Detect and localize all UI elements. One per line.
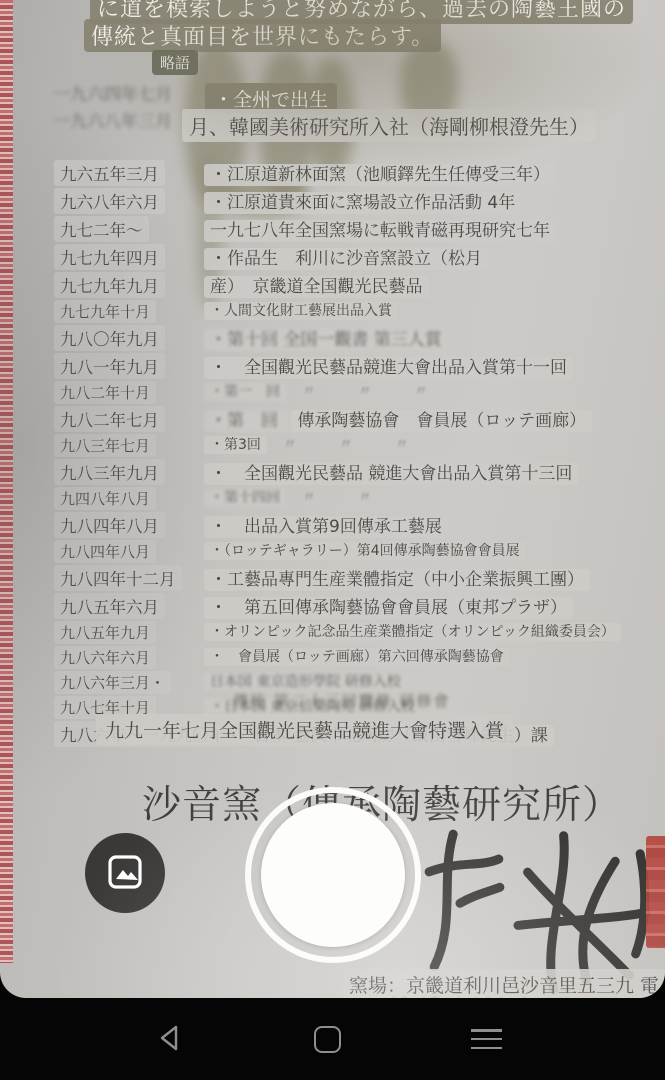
ditto-marks: 〃 〃 〃 (288, 384, 428, 400)
timeline-row: 九七九年九月産） 京畿道全国觀光民藝品 (54, 272, 662, 298)
original-blurred-dates: 一九六四年七月 一九六八年三月 (53, 82, 172, 136)
timeline-description: ・ 全国觀光民藝品 競進大會出品入賞第十三回 (204, 459, 580, 484)
timeline-date: 九六五年三月 (54, 160, 165, 186)
timeline-date: 九八四年八月 (54, 512, 165, 538)
abbreviation-badge: 略語 (152, 50, 198, 75)
timeline-date-cell: 九八六年三月・ (54, 671, 204, 694)
timeline-description: 産） 京畿道全国觀光民藝品 (204, 272, 431, 297)
back-button[interactable] (135, 998, 205, 1080)
timeline-description: ・ 全国觀光民藝品競進大會出品入賞第十一回 (204, 353, 575, 378)
timeline-date-cell: 九八四年八月 (54, 512, 204, 538)
timeline-date: 九八一年九月 (54, 353, 165, 379)
timeline-date-cell: 九六八年六月 (54, 188, 204, 214)
translated-text: ・第3回 (204, 436, 267, 454)
timeline-date: 九七九年九月 (54, 272, 165, 298)
timeline-date: 九八六年三月・ (54, 671, 171, 694)
translated-text: ・ 全国觀光民藝品競進大會出品入賞第十一回 (204, 357, 573, 379)
recents-button[interactable] (451, 998, 521, 1080)
home-button[interactable] (292, 998, 362, 1080)
timeline-description: ・ 出品入賞第9回傳承工藝展 (204, 512, 450, 537)
translated-text: ・ 全国觀光民藝品 競進大會出品入賞第十三回 (204, 463, 578, 485)
timeline-date-cell: 九八一年九月 (54, 353, 204, 379)
timeline-date: 九八二年七月 (54, 406, 165, 432)
blurred-original-text: 日本国 東京造形學院 研修入校 (204, 673, 407, 691)
timeline-row: 九八六年六月・ 會員展（ロッテ画廊）第六回傳承陶藝協會 (54, 646, 662, 669)
timeline-date-cell: 九八二年七月 (54, 406, 204, 432)
blurred-original-text: ・第十四回 (204, 489, 286, 507)
timeline-date-cell: 九六五年三月 (54, 160, 204, 186)
translated-text: ・オリンピック記念品生産業體指定（オリンピック組織委員会） (204, 623, 621, 641)
document-border-pattern (0, 0, 13, 963)
blurred-original-text: ・第 回 (204, 410, 289, 432)
timeline-row: 九八一年九月・ 全国觀光民藝品競進大會出品入賞第十一回 (54, 353, 662, 379)
timeline-date-cell: 九八二年十月 (54, 381, 204, 404)
timeline-row: 九八四年十二月・工藝品專門生産業體指定（中小企業振興工團） (54, 565, 662, 591)
timeline-row: 九七九年十月・人間文化財工藝展出品入賞 (54, 300, 662, 323)
timeline-date-cell: 九八四年十二月 (54, 565, 204, 591)
timeline-description: ・工藝品專門生産業體指定（中小企業振興工團） (204, 565, 592, 590)
timeline-date-cell: 九八〇年九月 (54, 325, 204, 351)
timeline-description: ・ 會員展（ロッテ画廊）第六回傳承陶藝協會 (204, 646, 512, 666)
translated-text: ・江原道貴來面に窯場設立作品活動 4年 (204, 192, 521, 214)
blurred-original-text: ・第十回 全国一觀書 第三人賞 (204, 329, 448, 351)
shutter-button[interactable] (261, 803, 405, 947)
timeline-row: 九八五年九月・オリンピック記念品生産業體指定（オリンピック組織委員会） (54, 621, 662, 644)
timeline-date: 九八三年九月 (54, 459, 165, 485)
translated-text: ・（ロッテギャラリー）第4回傳承陶藝協會會員展 (204, 542, 526, 560)
translated-text: ・江原道新林面窯（池順鐸先生任傳受三年） (204, 164, 556, 186)
translated-line: 傳統と真面目を世界にもたらす。 (84, 19, 441, 52)
ditto-marks: 〃 〃 〃 (269, 437, 409, 453)
timeline-date: 九八六年六月 (54, 646, 156, 669)
red-seal-stamp (646, 836, 665, 948)
translated-text: ・ 會員展（ロッテ画廊）第六回傳承陶藝協會 (204, 648, 510, 666)
timeline-description: ・（ロッテギャラリー）第4回傳承陶藝協會會員展 (204, 540, 528, 560)
phone-screen: に道を模索しようと努めながら、過去の陶藝王國の 傳統と真面目を世界にもたらす。 … (0, 0, 665, 1080)
timeline-description: ・第十四回〃 〃 (204, 487, 372, 507)
timeline-row: 九八二年七月・第 回 傳承陶藝協會 會員展（ロッテ画廊） (54, 406, 662, 432)
timeline-date-cell: 九四八年八月 (54, 487, 204, 510)
timeline-description: ・江原道新林面窯（池順鐸先生任傳受三年） (204, 160, 558, 185)
back-triangle-icon (155, 1023, 185, 1056)
timeline-date: 九七九年十月 (54, 300, 156, 323)
recents-menu-icon (471, 1029, 502, 1049)
home-square-icon (314, 1026, 341, 1053)
timeline-date-cell: 九八五年九月 (54, 621, 204, 644)
timeline-row: 九四八年八月・第十四回〃 〃 (54, 487, 662, 510)
timeline-row: 九八〇年九月・第十回 全国一觀書 第三人賞 (54, 325, 662, 351)
translated-text: ・工藝品專門生産業體指定（中小企業振興工團） (204, 569, 590, 591)
gallery-button[interactable] (85, 833, 165, 913)
timeline-date-cell: 九七九年十月 (54, 300, 204, 323)
translated-line: 月、韓國美術研究所入社（海剛柳根澄先生） (182, 109, 596, 142)
translated-text: ・ 出品入賞第9回傳承工藝展 (204, 516, 448, 538)
timeline-description: 日本国 東京造形學院 研修入校 (204, 671, 409, 691)
timeline-date: 九八五年九月 (54, 621, 156, 644)
timeline-row: 九七二年～一九七八年全国窯場に転戦青磁再現研究七年 (54, 216, 662, 242)
original-blurred-line: 傳統 第二十三回覽修 研修會 (233, 690, 451, 711)
timeline-description: ・江原道貴來面に窯場設立作品活動 4年 (204, 188, 523, 213)
timeline-description: ・第 回 傳承陶藝協會 會員展（ロッテ画廊） (204, 406, 594, 431)
translated-text: ・作品生 利川に沙音窯設立（松月 (204, 248, 488, 270)
timeline-date: 九七二年～ (54, 216, 149, 242)
timeline-date-cell: 九七九年四月 (54, 244, 204, 270)
translated-text: 傳承陶藝協會 會員展（ロッテ画廊） (291, 410, 592, 432)
timeline-description: ・第十回 全国一觀書 第三人賞 (204, 325, 450, 350)
timeline-date: 九八五年六月 (54, 593, 165, 619)
timeline-date-cell: 九七九年九月 (54, 272, 204, 298)
translated-text: ・人間文化財工藝展出品入賞 (204, 302, 398, 320)
timeline-row: 九六八年六月・江原道貴來面に窯場設立作品活動 4年 (54, 188, 662, 214)
timeline-date-cell: 九八三年九月 (54, 459, 204, 485)
timeline-list: 九六五年三月・江原道新林面窯（池順鐸先生任傳受三年）九六八年六月・江原道貴來面に… (54, 160, 662, 749)
timeline-row: 九七九年四月・作品生 利川に沙音窯設立（松月 (54, 244, 662, 270)
timeline-description: ・人間文化財工藝展出品入賞 (204, 300, 400, 320)
timeline-row: 九八三年七月・第3回〃 〃 〃 (54, 434, 662, 457)
android-navbar (0, 998, 665, 1080)
timeline-date: 九八四年八月 (54, 540, 156, 563)
timeline-date: 九八二年十月 (54, 381, 156, 404)
timeline-row: 九八四年八月・ 出品入賞第9回傳承工藝展 (54, 512, 662, 538)
timeline-date: 九四八年八月 (54, 487, 156, 510)
translated-text: ・ 第五回傳承陶藝協會會員展（東邦プラザ） (204, 597, 573, 619)
timeline-date-cell: 九八四年八月 (54, 540, 204, 563)
timeline-date: 九八三年七月 (54, 434, 156, 457)
timeline-date: 九七九年四月 (54, 244, 165, 270)
timeline-row: 九八四年八月・（ロッテギャラリー）第4回傳承陶藝協會會員展 (54, 540, 662, 563)
timeline-description: ・オリンピック記念品生産業體指定（オリンピック組織委員会） (204, 621, 623, 641)
translated-text: 一九七八年全国窯場に転戦青磁再現研究七年 (204, 220, 556, 242)
timeline-row: 九八二年十月・第一 回〃 〃 〃 (54, 381, 662, 404)
timeline-row: 九八五年六月・ 第五回傳承陶藝協會會員展（東邦プラザ） (54, 593, 662, 619)
timeline-row: 九六五年三月・江原道新林面窯（池順鐸先生任傳受三年） (54, 160, 662, 186)
timeline-date: 九八四年十二月 (54, 565, 182, 591)
timeline-description: ・第3回〃 〃 〃 (204, 434, 409, 454)
timeline-date-cell: 九七二年～ (54, 216, 204, 242)
timeline-date: 九六八年六月 (54, 188, 165, 214)
ditto-marks: 〃 〃 (288, 490, 372, 506)
gallery-image-icon (106, 853, 144, 894)
blurred-original-text: ・第一 回 (204, 383, 286, 401)
timeline-date-cell: 九八五年六月 (54, 593, 204, 619)
translated-text: 産） 京畿道全国觀光民藝品 (204, 276, 429, 298)
timeline-date: 九八〇年九月 (54, 325, 165, 351)
timeline-date-cell: 九八三年七月 (54, 434, 204, 457)
timeline-row: 九八三年九月・ 全国觀光民藝品 競進大會出品入賞第十三回 (54, 459, 662, 485)
timeline-description: ・作品生 利川に沙音窯設立（松月 (204, 244, 490, 269)
timeline-description: ・ 第五回傳承陶藝協會會員展（東邦プラザ） (204, 593, 575, 618)
timeline-description: 一九七八年全国窯場に転戦青磁再現研究七年 (204, 216, 558, 241)
camera-viewfinder[interactable]: に道を模索しようと努めながら、過去の陶藝王國の 傳統と真面目を世界にもたらす。 … (0, 0, 665, 998)
timeline-description: ・第一 回〃 〃 〃 (204, 381, 428, 401)
timeline-date-cell: 九八六年六月 (54, 646, 204, 669)
translated-line: 九九一年七月全国觀光民藝品競進大會特選入賞 (96, 714, 513, 745)
